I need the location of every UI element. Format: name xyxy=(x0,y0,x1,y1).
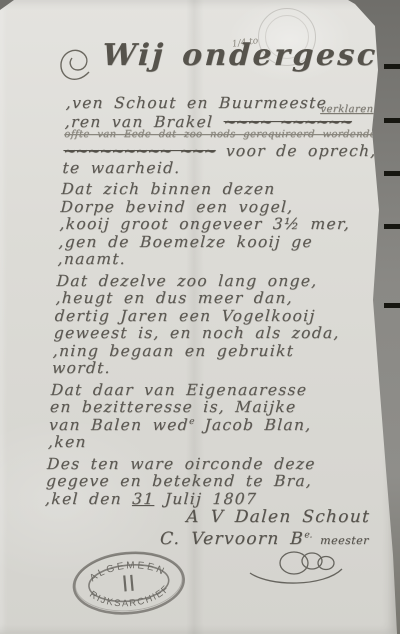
manuscript-segment: ,ken xyxy=(48,433,88,451)
manuscript-line: Dorpe bevind een vogel, xyxy=(60,198,395,216)
manuscript-segment: ,kooij groot ongeveer 3½ mer, xyxy=(59,215,351,233)
manuscript-segment: gegeve en betekend te Bra, xyxy=(46,472,313,490)
manuscript-segment: wordt. xyxy=(52,359,112,377)
manuscript-line: ,ning begaan en gebruikt xyxy=(53,342,388,360)
ruler-tick xyxy=(384,171,400,176)
manuscript-line: ,naamt. xyxy=(57,250,392,268)
manuscript-segment: ,ren van Brakel xyxy=(64,113,224,131)
manuscript-line: gegeve en betekend te Bra, xyxy=(46,472,381,490)
manuscript-text: Wij ondergeschre,,ven Schout en Buurmees… xyxy=(42,34,400,551)
manuscript-segment: ,ning begaan en gebruikt xyxy=(52,342,294,360)
manuscript-line: Dat daar van Eigenaaresse xyxy=(50,381,385,399)
manuscript-segment: A V Dalen Schout xyxy=(186,507,371,527)
manuscript-segment: en bezitteresse is, Maijke xyxy=(50,398,297,416)
manuscript-line: wordt. xyxy=(52,359,387,377)
ruler-tick xyxy=(384,64,400,69)
manuscript-segment-struck: offte van Eede dat zoo nods gerequireerd… xyxy=(64,129,376,140)
manuscript-line: Des ten ware oirconde deze xyxy=(47,455,382,473)
manuscript-segment: Wij ondergeschre, xyxy=(102,38,400,73)
svg-text:ALGEMEEN: ALGEMEEN xyxy=(87,557,169,585)
manuscript-segment: Dat zich binnen dezen xyxy=(61,180,276,198)
manuscript-segment: ,gen de Boemelze kooij ge xyxy=(58,233,313,251)
manuscript-segment: ,heugt en dus meer dan, xyxy=(55,289,293,307)
manuscript-segment: Dat daar van Eigenaaresse xyxy=(50,381,307,399)
manuscript-line: Dat dezelve zoo lang onge, xyxy=(56,272,391,290)
manuscript-segment: te waarheid. xyxy=(62,159,181,177)
manuscript-line: Wij ondergeschre, xyxy=(66,34,400,94)
scanned-document-photo: 1/4 to Wij ondergeschre,,ven Schout en B… xyxy=(0,0,400,634)
manuscript-line: ,gen de Boemelze kooij ge xyxy=(58,233,393,251)
manuscript-segment: ,ven Schout en Buurmeeste xyxy=(65,94,327,112)
archive-stamp: ALGEMEEN RIJKSARCHIEF xyxy=(67,543,193,627)
manuscript-segment: Des ten ware oirconde deze xyxy=(47,455,317,473)
ruler-tick xyxy=(384,303,400,308)
manuscript-line: Dat zich binnen dezen xyxy=(61,180,396,198)
manuscript-segment: Dat dezelve zoo lang onge, xyxy=(56,272,318,290)
document-paper: 1/4 to Wij ondergeschre,,ven Schout en B… xyxy=(0,0,400,634)
manuscript-line: ~~~~~~~~~ ~~~ voor de oprech, xyxy=(63,141,398,159)
manuscript-line: ,ken xyxy=(48,433,383,451)
manuscript-line: ,heugt en dus meer dan, xyxy=(55,289,390,307)
manuscript-segment: Dorpe bevind een vogel, xyxy=(60,198,294,216)
archive-stamp-center-mark xyxy=(123,575,134,592)
signature-flourish-icon xyxy=(246,543,366,589)
manuscript-segment: Julij 1807 xyxy=(154,490,257,508)
manuscript-segment: Jacob Blan, xyxy=(194,416,312,434)
manuscript-line: geweest is, en noch als zoda, xyxy=(53,324,388,342)
manuscript-line: te waarheid. xyxy=(62,159,397,177)
manuscript-line: A V Dalen Schout xyxy=(44,507,379,529)
manuscript-segment: ,kel den xyxy=(45,490,133,508)
ruler-tick xyxy=(384,118,400,123)
manuscript-segment: voor de oprech, xyxy=(215,142,377,160)
manuscript-segment-above: verklaren xyxy=(320,104,374,115)
manuscript-line: van Balen wede Jacob Blan, xyxy=(49,416,384,434)
manuscript-line: en bezitteresse is, Maijke xyxy=(50,398,385,416)
manuscript-line: ,kooij groot ongeveer 3½ mer, xyxy=(59,215,394,233)
manuscript-segment: geweest is, en noch als zoda, xyxy=(53,324,340,342)
manuscript-line: ,kel den 31 Julij 1807 xyxy=(45,490,380,508)
manuscript-segment: dertig Jaren een Vogelkooij xyxy=(54,307,316,325)
manuscript-line: ,ren van Brakel ~~~~ ~~~~~~verklaren xyxy=(65,112,400,130)
manuscript-segment: van Balen wed xyxy=(49,416,190,434)
manuscript-line: dertig Jaren een Vogelkooij xyxy=(54,307,389,325)
manuscript-line: offte van Eede dat zoo nods gerequireerd… xyxy=(64,129,399,141)
manuscript-segment-scribble: ~~~~~~~~~ ~~~ xyxy=(63,141,216,160)
manuscript-segment: ,naamt. xyxy=(57,250,126,268)
archive-stamp-top-text: ALGEMEEN xyxy=(87,557,169,585)
manuscript-segment-und: 31 xyxy=(132,490,155,508)
ruler-tick xyxy=(384,224,400,229)
